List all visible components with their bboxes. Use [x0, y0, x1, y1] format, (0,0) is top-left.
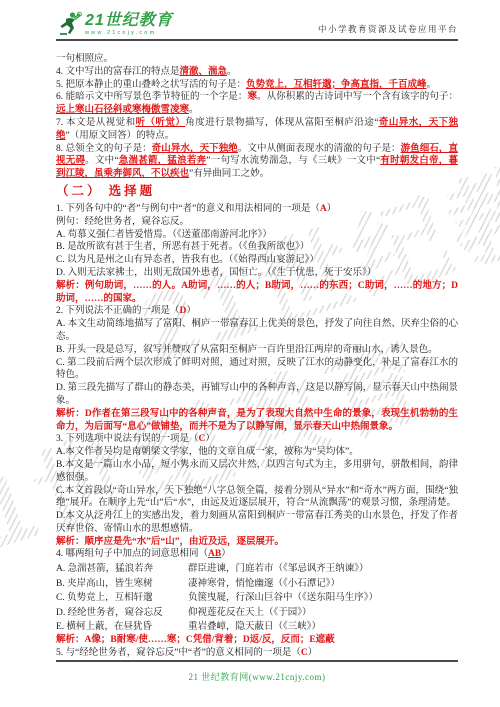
question-5-choice: 5. 与“经纶世务者，窥谷忘反”中“者”的意义相同的一项是（C） — [56, 647, 458, 660]
example-sentence: 例句：经纶世务者，窥谷忘反。 — [56, 216, 458, 229]
text-segment: ） — [186, 306, 196, 316]
answer-text: 清澈、湍急 — [180, 67, 228, 77]
match-row-b: B. 夹岸高山，皆生寒树凄神寒骨，悄怆幽邃（《小石潭记》） — [56, 578, 458, 591]
text-segment: 。文中“ — [85, 156, 118, 166]
explanation-text: 解析：顺序应是先“水”后“山”，由近及远，逐层展开。 — [56, 537, 284, 547]
section-heading: （二） 选择题 — [56, 184, 155, 198]
text-segment: 角度进行景物描写，体现从富阳至桐庐沿途“ — [185, 118, 378, 128]
explanation-text: 解析：例句助词，……的人。A助词，……的人；B助词，……的东西；C助词，……的地… — [56, 281, 458, 304]
explanation-4: 解析：A像；B耐寒/使……寒；C凭借/背着；D返/反，反而；E遮蔽 — [56, 634, 458, 647]
line-carryover: 一句相照应。 — [56, 53, 458, 66]
option-a: A. 苟慕义强仁者皆爱惜焉。（《送董邵南游河北序》） — [56, 229, 458, 242]
option-b: B.本文是一篇山水小品，短小隽永而又层次井然，以四言句式为主，多用骈句，骈散相间… — [56, 459, 458, 485]
option-c: C. 以为凡是州之山有异态者，皆我有也。（《始得西山宴游记》） — [56, 254, 458, 267]
text-segment: 2. 下列说法不正确的一项是（ — [56, 306, 180, 316]
text-segment: A. 苟慕义强仁者皆爱惜焉。（《送董邵南游河北序》） — [56, 230, 272, 240]
explanation-3: 解析：顺序应是先“水”后“山”，由近及远，逐层展开。 — [56, 536, 458, 549]
option-d: D. 第三段先描写了群山的静态美，再铺写山中的各种声音，这是以静写闹，显示春天山… — [56, 382, 458, 408]
explanation-2: 解析：D作者在第三段写山中的各种声音，是为了表现大自然中生命的景象，表现生机勃勃… — [56, 408, 458, 434]
text-segment: ”（用原文回答）的特点。 — [66, 131, 175, 141]
question-8-fill: 8. 总领全文的句子是：奇山异水，天下独绝。文中从侧面表现水的清澈的句子是：游鱼… — [56, 143, 458, 181]
text-segment: 。 — [227, 67, 237, 77]
text-segment: 。 — [189, 105, 199, 115]
question-4-choice: 4. 哪两组句子中加点的词意思相同（AB） — [56, 548, 458, 561]
text-segment: 重岩叠嶂，隐天蔽日（《三峡》） — [188, 622, 321, 632]
text-segment: 1. 下列各句中的“者”与例句中“者”的意义和用法相同的一项是（ — [56, 204, 320, 214]
logo-subtitle: www.21cnjy.com — [85, 31, 173, 37]
text-segment: B. 开头一段是总写，叙写并赞叹了从富阳至桐庐一百许里沿江两岸的奇丽山水，诱人景… — [56, 345, 438, 355]
text-segment: ） — [205, 434, 215, 444]
text-segment: D.本文从泛舟江上的实感出发，着力刻画从富阳到桐庐一带富春江秀美的山水景色，抒发… — [56, 511, 458, 534]
text-segment: 。文中从侧面表现水的清澈的句子是： — [238, 144, 401, 154]
question-3-choice: 3. 下列选项中说法有误的一项是（C） — [56, 433, 458, 446]
option-d: D.本文从泛舟江上的实感出发，着力刻画从富阳到桐庐一带富春江秀美的山水景色，抒发… — [56, 510, 458, 536]
answer-text: 负势竞上，互相轩邈；争高直指，千百成峰 — [246, 80, 427, 90]
text-segment: C.本文首段以“奇山异水，天下独绝”八字总领全篇，接着分别从“异水”和“奇水”两… — [56, 486, 458, 509]
match-row-a: A. 急湍甚箭，猛浪若奔群臣进谏，门庭若市（《邹忌讽齐王纳谏》） — [56, 563, 458, 576]
text-segment: 群臣进谏，门庭若市（《邹忌讽齐王纳谏》） — [188, 564, 369, 574]
text-segment: 。从你积累的古诗词中写一个含有该字的句子： — [257, 92, 458, 102]
option-a: A. 本文生动简练地描写了富阳、桐庐一带富春江上优美的景色，抒发了向往自然、厌弃… — [56, 318, 458, 344]
match-row-e: E. 横柯上蔽，在昼犹昏重岩叠嶂，隐天蔽日（《三峡》） — [56, 621, 458, 634]
text-segment: 5. 把原本静止的重山叠岭之状写活的句子是： — [56, 80, 246, 90]
text-segment: C. 第二段前后两个层次形成了鲜明对照，通过对照，反映了江水的动静变化，补足了富… — [56, 358, 458, 381]
option-b: B. 开头一段是总写，叙写并赞叹了从富阳至桐庐一百许里沿江两岸的奇丽山水，诱人景… — [56, 344, 458, 357]
text-segment: 4. 哪两组句子中加点的词意思相同（ — [56, 549, 208, 559]
match-left: B. 夹岸高山，皆生寒树 — [56, 578, 188, 591]
answer-letter: C — [301, 648, 308, 658]
option-d: D. 入则无法家拂士，出则无敌国外患者，国恒亡。（《生于忧患，死于安乐》） — [56, 267, 458, 280]
text-segment: 。 — [427, 80, 437, 90]
text-segment: D. 入则无法家拂士，出则无敌国外患者，国恒亡。（《生于忧患，死于安乐》） — [56, 268, 376, 278]
text-segment: D. 第三段先描写了群山的静态美，再铺写山中的各种声音，这是以静写闹，显示春天山… — [56, 383, 458, 406]
text-segment: B. 是故所欲有甚于生者，所恶有甚于死者。（《鱼我所欲也》） — [56, 242, 309, 252]
footer-site-link: 21 世纪教育网(www.21cnjy.com) — [188, 672, 325, 682]
question-1-choice: 1. 下列各句中的“者”与例句中“者”的意义和用法相同的一项是（A） — [56, 203, 458, 216]
question-6-fill: 6. 能暗示文中所写景色季节特征的一个字是：寒。从你积累的古诗词中写一个含有该字… — [56, 91, 458, 117]
text-segment: 例句：经纶世务者，窥谷忘反。 — [56, 217, 189, 227]
text-segment: A.本文作者吴均是南朝梁文学家，他的文章自成一家，被称为“吴均体”。 — [56, 447, 359, 457]
match-left: A. 急湍甚箭，猛浪若奔 — [56, 563, 188, 576]
text-segment: ”一句写水流势湍急，与《三峡》一文中“ — [206, 156, 380, 166]
text-segment: A. 本文生动简练地描写了富阳、桐庐一带富春江上优美的景色，抒发了向往自然、厌弃… — [56, 319, 458, 342]
answer-text: 听（听觉） — [136, 118, 186, 128]
question-5-fill: 5. 把原本静止的重山叠岭之状写活的句子是：负势竞上，互相轩邈；争高直指，千百成… — [56, 79, 458, 92]
option-b: B. 是故所欲有甚于生者，所恶有甚于死者。（《鱼我所欲也》） — [56, 241, 458, 254]
worksheet-page: 21世纪教育 www.21cnjy.com 中小学教育资源及试卷应用平台 一句相… — [0, 0, 500, 707]
question-4-fill: 4. 文中写出的富春江的特点是清澈、湍急。 — [56, 66, 458, 79]
runner-icon — [56, 10, 82, 36]
document-body: 一句相照应。4. 文中写出的富春江的特点是清澈、湍急。5. 把原本静止的重山叠岭… — [56, 53, 458, 660]
match-row-c: C. 负势竞上，互相轩邈负箧曳屣，行深山巨谷中（《送东阳马生序》） — [56, 592, 458, 605]
explanation-text: 寒 — [247, 92, 257, 102]
option-c: C.本文首段以“奇山异水，天下独绝”八字总领全篇，接着分别从“异水”和“奇水”两… — [56, 485, 458, 511]
text-segment: 3. 下列选项中说法有误的一项是（ — [56, 434, 199, 444]
answer-text: 奇山异水，天下独绝 — [152, 144, 238, 154]
brand-logo: 21世纪教育 www.21cnjy.com — [56, 10, 173, 36]
text-segment: ） — [308, 648, 318, 658]
match-row-d: D. 经纶世务者，窥谷忘反仰视莲花反在天上（《于园》） — [56, 607, 458, 620]
option-c: C. 第二段前后两个层次形成了鲜明对照，通过对照，反映了江水的动静变化，补足了富… — [56, 357, 458, 383]
page-header: 21世纪教育 www.21cnjy.com 中小学教育资源及试卷应用平台 — [56, 10, 458, 41]
text-segment: ”有异曲同工之妙。 — [189, 169, 269, 179]
section-2-heading: （二） 选择题 — [56, 183, 458, 201]
explanation-1: 解析：例句助词，……的人。A助词，……的人；B助词，……的东西；C助词，……的地… — [56, 280, 458, 306]
text-segment: B.本文是一篇山水小品，短小隽永而又层次井然，以四言句式为主，多用骈句，骈散相间… — [56, 460, 458, 483]
text-segment: C. 以为凡是州之山有异态者，皆我有也。（《始得西山宴游记》） — [56, 255, 319, 265]
text-segment: 仰视莲花反在天上（《于园》） — [188, 608, 312, 618]
match-left: E. 横柯上蔽，在昼犹昏 — [56, 621, 188, 634]
text-segment: 一句相照应。 — [56, 54, 113, 64]
text-segment: 5. 与“经纶世务者，窥谷忘反”中“者”的意义相同的一项是（ — [56, 648, 301, 658]
answer-letter: AB — [208, 549, 221, 559]
question-7-fill: 7. 本文是从视觉和听（听觉）角度进行景物描写，体现从富阳至桐庐沿途“奇山异水，… — [56, 117, 458, 143]
logo-title: 21世纪教育 — [85, 13, 173, 29]
question-2-choice: 2. 下列说法不正确的一项是（D） — [56, 305, 458, 318]
text-segment: 4. 文中写出的富春江的特点是 — [56, 67, 180, 77]
answer-letter: A — [320, 204, 327, 214]
text-segment: 7. 本文是从视觉和 — [56, 118, 136, 128]
option-a: A.本文作者吴均是南朝梁文学家，他的文章自成一家，被称为“吴均体”。 — [56, 446, 458, 459]
answer-text: 远上寒山石径斜或寒梅傲雪凌寒 — [56, 105, 189, 115]
text-segment: 凄神寒骨，悄怆幽邃（《小石潭记》） — [188, 579, 340, 589]
platform-title: 中小学教育资源及试卷应用平台 — [318, 23, 458, 36]
text-segment: 8. 总领全文的句子是： — [56, 144, 152, 154]
answer-text: 急湍甚箭，猛浪若奔 — [119, 156, 207, 166]
page-footer: 21 世纪教育网(www.21cnjy.com) — [56, 660, 458, 685]
match-left: C. 负势竞上，互相轩邈 — [56, 592, 188, 605]
text-segment: ） — [327, 204, 337, 214]
explanation-text: 解析：D作者在第三段写山中的各种声音，是为了表现大自然中生命的景象，表现生机勃勃… — [56, 409, 458, 432]
text-segment: ） — [221, 549, 231, 559]
match-left: D. 经纶世务者，窥谷忘反 — [56, 607, 188, 620]
explanation-text: 解析：A像；B耐寒/使……寒；C凭借/背着；D返/反，反而；E遮蔽 — [56, 635, 335, 645]
text-segment: 6. 能暗示文中所写景色季节特征的一个字是： — [56, 92, 247, 102]
text-segment: 负箧曳屣，行深山巨谷中（《送东阳马生序》） — [188, 593, 378, 603]
